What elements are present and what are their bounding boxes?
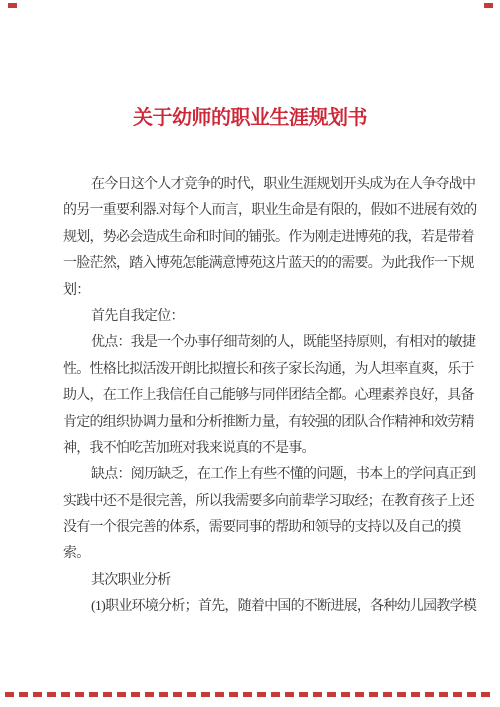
- text-line: 的另一重要利器.对每个人而言，职业生命是有限的，假如不进展有效的: [63, 198, 449, 224]
- text-line: 助人，在工作上我信任自己能够与同伴团结全都。心理素养良好，具备: [63, 383, 449, 409]
- text-line: 神，我不怕吃苦加班对我来说真的不是事。: [63, 436, 449, 462]
- text-line: 其次职业分析: [63, 568, 449, 594]
- text-line: 在今日这个人才竞争的时代，职业生涯规划开头成为在人争夺战中: [63, 172, 449, 198]
- text-line: 肯定的组织协调力量和分析推断力量，有较强的团队合作精神和效劳精: [63, 410, 449, 436]
- bottom-dashed-border: [5, 692, 495, 697]
- text-line: 首先自我定位：: [63, 304, 449, 330]
- top-right-border-mark: [484, 3, 493, 8]
- document-title: 关于幼师的职业生涯规划书: [0, 101, 500, 130]
- document-page: 关于幼师的职业生涯规划书 在今日这个人才竞争的时代，职业生涯规划开头成为在人争夺…: [0, 0, 500, 707]
- text-line: 没有一个很完善的体系，需要同事的帮助和领导的支持以及自己的摸: [63, 515, 449, 541]
- text-line: 划：: [63, 278, 449, 304]
- text-line: 索。: [63, 541, 449, 567]
- text-line: 缺点：阅历缺乏，在工作上有些不懂的问题，书本上的学问真正到: [63, 462, 449, 488]
- text-line: 规划，势必会造成生命和时间的铺张。作为刚走进博苑的我，若是带着: [63, 225, 449, 251]
- text-line: 优点：我是一个办事仔细苛刻的人，既能坚持原则，有相对的敏捷: [63, 330, 449, 356]
- text-line: (1)职业环境分析；首先，随着中国的不断进展，各种幼儿园教学模: [63, 594, 449, 620]
- document-body: 在今日这个人才竞争的时代，职业生涯规划开头成为在人争夺战中的另一重要利器.对每个…: [63, 172, 449, 621]
- text-line: 实践中还不是很完善，所以我需要多向前辈学习取经；在教育孩子上还: [63, 489, 449, 515]
- text-line: 一脸茫然，踏入博苑怎能满意博苑这片蓝天的的需要。为此我作一下规: [63, 251, 449, 277]
- text-line: 性。性格比拟活泼开朗比拟擅长和孩子家长沟通，为人坦率直爽，乐于: [63, 357, 449, 383]
- top-left-border-mark: [8, 3, 17, 8]
